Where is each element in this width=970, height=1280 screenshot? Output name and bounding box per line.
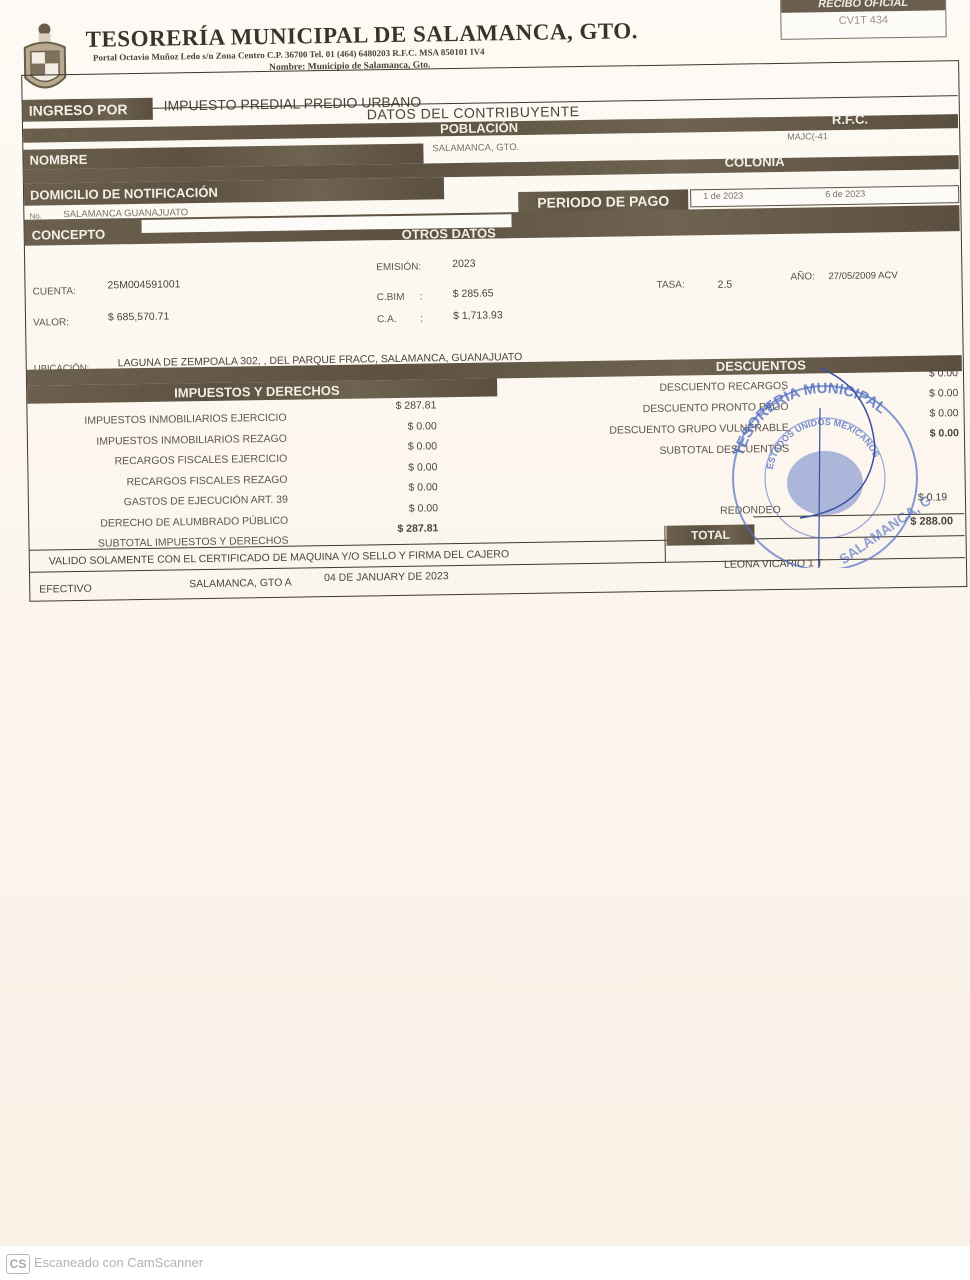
impuestos-labels: IMPUESTOS INMOBILIARIOS EJERCICIO IMPUES… <box>36 408 288 555</box>
scanned-paper: TESORERÍA MUNICIPAL DE SALAMANCA, GTO. P… <box>0 0 970 1246</box>
official-receipt-label: RECIBO OFICIAL <box>781 0 945 13</box>
periodo-to: 6 de 2023 <box>825 189 865 200</box>
cuenta-label: CUENTA: <box>33 286 76 298</box>
impuestos-values: $ 287.81 $ 0.00 $ 0.00 $ 0.00 $ 0.00 $ 0… <box>366 395 438 540</box>
anio-label: AÑO: <box>790 271 815 282</box>
payment-method: EFECTIVO <box>39 583 92 596</box>
impuestos-subtotal-value: $ 287.81 <box>368 518 438 540</box>
ingreso-label: INGRESO POR <box>23 98 153 122</box>
official-receipt-box: RECIBO OFICIAL CV1T 434 <box>780 0 947 40</box>
contribuyente-section-title: DATOS DEL CONTRIBUYENTE <box>367 103 580 122</box>
impuestos-title: IMPUESTOS Y DERECHOS <box>174 383 340 401</box>
tasa-label: TASA: <box>656 279 684 290</box>
cuenta-value: 25M004591001 <box>107 278 180 291</box>
official-receipt-number: CV1T 434 <box>781 13 945 28</box>
valor-label: VALOR: <box>33 317 69 329</box>
camscanner-text: Escaneado con CamScanner <box>34 1255 203 1270</box>
emision-label: EMISIÓN: <box>376 262 421 274</box>
emision-value: 2023 <box>452 258 476 270</box>
camscanner-logo-icon: CS <box>6 1254 30 1274</box>
impuesto-row-value: $ 0.00 <box>367 457 437 479</box>
impuesto-row-value: $ 0.00 <box>367 436 437 458</box>
impuesto-row-value: $ 0.00 <box>368 477 438 499</box>
valor-value: $ 685,570.71 <box>108 311 169 324</box>
payment-date: 04 DE JANUARY DE 2023 <box>324 570 449 584</box>
cbim-separator: : <box>420 291 423 303</box>
concepto-label: CONCEPTO <box>32 227 106 243</box>
impuesto-row-value: $ 287.81 <box>366 395 436 417</box>
camscanner-watermark: CS Escaneado con CamScanner <box>0 1246 970 1280</box>
poblacion-label: POBLACIÓN <box>440 120 518 136</box>
poblacion-value: SALAMANCA, GTO. <box>432 142 519 154</box>
colonia-label: COLONIA <box>725 154 785 170</box>
payment-place: SALAMANCA, GTO A <box>189 577 292 591</box>
ca-separator: : <box>420 313 423 325</box>
otros-datos-title: OTROS DATOS <box>402 225 496 241</box>
cbim-label: C.BIM <box>377 292 405 303</box>
cbim-value: $ 285.65 <box>453 287 494 300</box>
periodo-from: 1 de 2023 <box>703 191 743 202</box>
treasury-seal-stamp-icon: TESORERÍA MUNICIPAL ESTADOS UNIDOS MEXIC… <box>720 368 930 568</box>
ca-value: $ 1,713.93 <box>453 309 503 322</box>
tasa-value: 2.5 <box>717 279 732 291</box>
impuesto-row-value: $ 0.00 <box>368 498 438 520</box>
rfc-label: R.F.C. <box>832 112 868 128</box>
rfc-value: MAJC(-41 <box>787 131 828 142</box>
impuesto-row-value: $ 0.00 <box>367 416 437 438</box>
ca-label: C.A. <box>377 314 397 325</box>
anio-value: 27/05/2009 ACV <box>828 270 897 282</box>
